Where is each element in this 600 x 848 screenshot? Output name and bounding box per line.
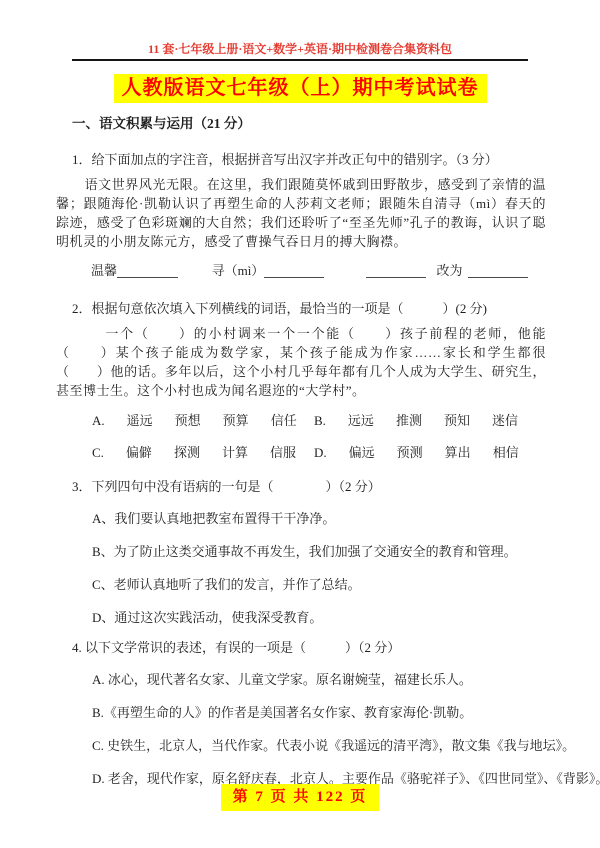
q2-option-d-word-2: 预测 <box>397 445 423 461</box>
q3-stem: 3．下列四句中没有语病的一句是（ ）（2 分） <box>72 479 528 494</box>
q2-option-c-word-1: 偏僻 <box>126 445 152 461</box>
q4-option-c: C. 史铁生，北京人，当代作家。代表小说《我遥远的清平湾》，散文集《我与地坛》。 <box>92 738 528 754</box>
q2-option-b-id: B. <box>314 413 326 429</box>
page-title: 人教版语文七年级（上）期中考试试卷 <box>0 74 600 103</box>
header-divider <box>72 59 528 61</box>
q4-option-b: B.《再塑生命的人》的作者是美国著名女作家、教育家海伦·凯勒。 <box>92 705 528 721</box>
q2-option-d-id: D. <box>314 445 327 461</box>
q4-stem: 4. 以下文学常识的表述，有误的一项是（ ）（2 分） <box>72 640 528 655</box>
q2-option-c-word-2: 探测 <box>174 445 200 461</box>
q1-stem: 1．给下面加点的字注音，根据拼音写出汉字并改正句中的错别字。（3 分） <box>72 152 528 167</box>
q1-passage: 语文世界风光无限。在这里，我们跟随莫怀戚到田野散步，感受到了亲情的温馨；跟随海伦… <box>56 175 546 251</box>
blank-label-wenxin: 温馨 <box>91 263 117 278</box>
q2-passage: 一个（ ）的小村调来一个一个能（ ）孩子前程的老师，他能（ ）某个孩子能成为数学… <box>56 324 546 400</box>
q2-option-c-id: C. <box>92 445 104 461</box>
q4-option-a: A. 冰心，现代著名女家、儿童文学家。原名谢婉莹，福建长乐人。 <box>92 672 528 688</box>
section-heading: 一、语文积累与运用（21 分） <box>72 116 528 131</box>
q2-option-b-word-2: 推测 <box>396 413 422 429</box>
q2-option-b: B. 远远 推测 预知 迷信 <box>314 413 528 429</box>
page-footer: 第 7 页 共 122 页 <box>0 784 600 811</box>
q2-option-a-word-4: 信任 <box>271 413 297 429</box>
q2-option-a-word-1: 遥远 <box>127 413 153 429</box>
answer-blank-1 <box>117 264 178 278</box>
q2-option-a: A. 遥远 预想 预算 信任 <box>92 413 314 429</box>
q2-stem: 2．根据句意依次填入下列横线的词语，最恰当的一项是（ ）(2 分) <box>72 301 528 316</box>
q3-option-d: D、通过这次实践活动，使我深受教育。 <box>92 610 528 626</box>
page-title-text: 人教版语文七年级（上）期中考试试卷 <box>114 74 487 103</box>
answer-blank-3 <box>366 264 427 278</box>
blank-label-gaiwei: 改为 <box>436 263 462 278</box>
q2-option-d: D. 偏远 预测 算出 相信 <box>314 445 528 461</box>
q2-option-a-word-2: 预想 <box>175 413 201 429</box>
q3-option-b: B、为了防止这类交通事故不再发生，我们加强了交通安全的教育和管理。 <box>92 544 528 560</box>
q2-option-d-word-3: 算出 <box>445 445 471 461</box>
q3-option-c: C、老师认真地听了我们的发言，并作了总结。 <box>92 577 528 593</box>
q2-option-c-word-4: 信服 <box>270 445 296 461</box>
q2-option-a-word-3: 预算 <box>223 413 249 429</box>
q2-option-a-id: A. <box>92 413 105 429</box>
answer-blank-2 <box>264 264 324 278</box>
q3-option-a: A、我们要认真地把教室布置得干干净净。 <box>92 511 528 527</box>
q2-option-b-word-4: 迷信 <box>492 413 518 429</box>
q2-option-b-word-3: 预知 <box>444 413 470 429</box>
q2-option-b-word-1: 远远 <box>348 413 374 429</box>
q2-option-d-word-1: 偏远 <box>349 445 375 461</box>
answer-blank-4 <box>468 264 528 278</box>
blank-label-xun-mi: 寻（mì） <box>212 263 265 278</box>
q2-option-c: C. 偏僻 探测 计算 信服 <box>92 445 314 461</box>
exam-body: 一、语文积累与运用（21 分） 1．给下面加点的字注音，根据拼音写出汉字并改正句… <box>0 116 600 787</box>
q2-options: A. 遥远 预想 预算 信任 B. 远远 推测 预知 迷信 C. 偏僻 探测 计… <box>92 413 528 461</box>
q2-option-d-word-4: 相信 <box>493 445 519 461</box>
exam-page: 11 套·七年级上册·语文+数学+英语·期中检测卷合集资料包 人教版语文七年级（… <box>0 0 600 848</box>
q1-answer-blanks: 温馨 寻（mì） 改为 <box>72 263 528 278</box>
q2-option-c-word-3: 计算 <box>222 445 248 461</box>
header-note: 11 套·七年级上册·语文+数学+英语·期中检测卷合集资料包 <box>0 0 600 56</box>
page-number: 第 7 页 共 122 页 <box>221 784 380 811</box>
